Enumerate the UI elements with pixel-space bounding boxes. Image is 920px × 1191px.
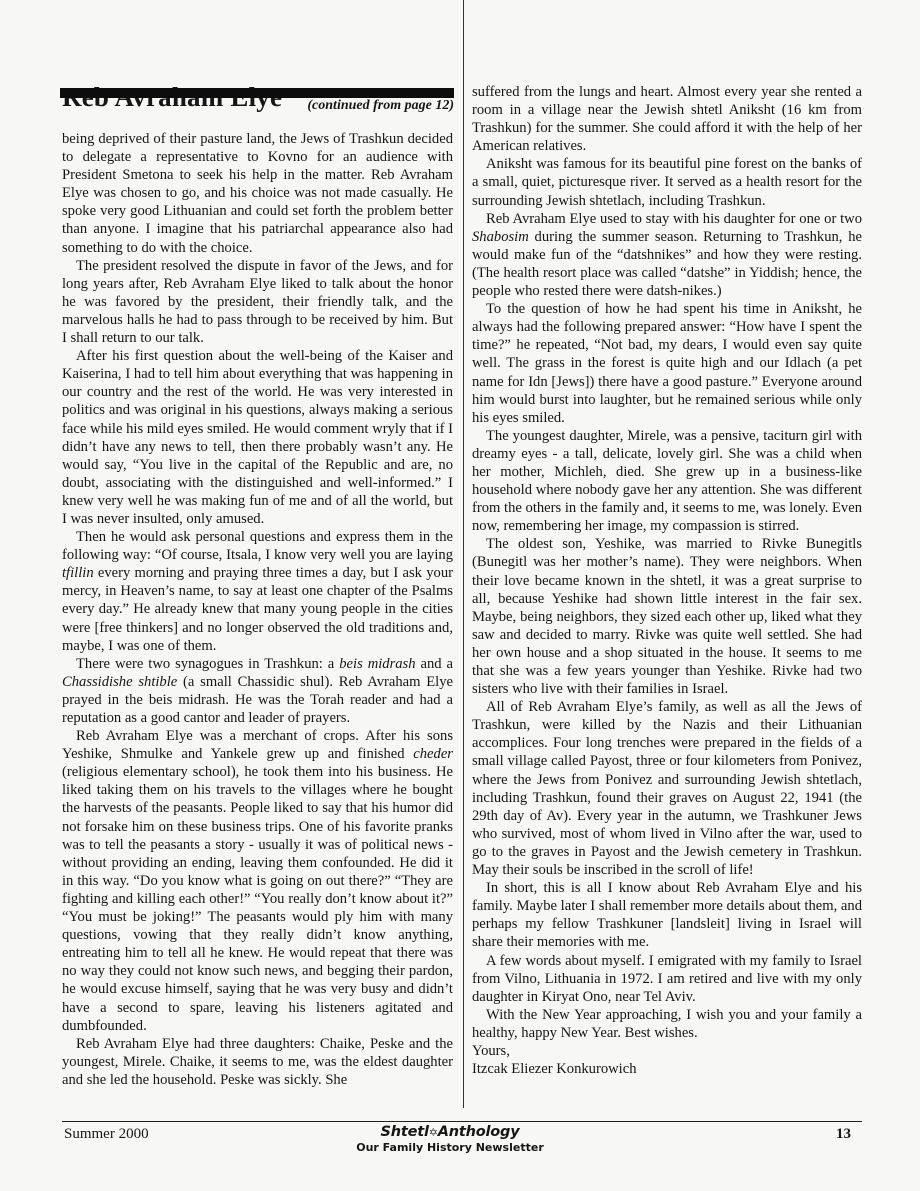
paragraph: After his first question about the well-…: [62, 347, 453, 528]
text-run: during the summer season. Returning to T…: [472, 229, 862, 299]
text-run: Reb Avraham Elye used to stay with his d…: [486, 211, 862, 227]
paragraph: All of Reb Avraham Elye’s family, as wel…: [472, 698, 862, 879]
newsletter-page: Reb Avraham Elye (continued from page 12…: [0, 0, 920, 1191]
continued-note: (continued from page 12): [307, 98, 454, 114]
brand-name: Shtetl✡Anthology: [300, 1124, 600, 1141]
issue-date: Summer 2000: [64, 1126, 149, 1143]
paragraph: With the New Year approaching, I wish yo…: [472, 1006, 862, 1042]
paragraph: A few words about myself. I emigrated wi…: [472, 952, 862, 1006]
text-run: Reb Avraham Elye was a merchant of crops…: [62, 728, 453, 762]
paragraph: Aniksht was famous for its beautiful pin…: [472, 155, 862, 209]
right-column: suffered from the lungs and heart. Almos…: [472, 83, 862, 1078]
page-number: 13: [836, 1126, 851, 1143]
paragraph: The oldest son, Yeshike, was married to …: [472, 535, 862, 698]
paragraph: To the question of how he had spent his …: [472, 300, 862, 427]
paragraph: Then he would ask personal questions and…: [62, 528, 453, 655]
text-run: and a: [416, 656, 453, 672]
star-of-david-icon: ✡: [429, 1126, 438, 1139]
italic-term: tfillin: [62, 565, 94, 581]
paragraph: suffered from the lungs and heart. Almos…: [472, 83, 862, 155]
paragraph: Reb Avraham Elye was a merchant of crops…: [62, 727, 453, 1035]
signature: Itzcak Eliezer Konkurowich: [472, 1060, 862, 1078]
closing: Yours,: [472, 1042, 862, 1060]
text-run: (religious elementary school), he took t…: [62, 764, 453, 1033]
italic-term: cheder: [413, 746, 453, 762]
italic-term: Shabosim: [472, 229, 529, 245]
paragraph: The president resolved the dispute in fa…: [62, 257, 453, 347]
text-run: There were two synagogues in Trashkun: a: [76, 656, 339, 672]
text-run: Then he would ask personal questions and…: [62, 529, 453, 563]
left-column: being deprived of their pasture land, th…: [62, 130, 453, 1089]
text-run: every morning and praying three times a …: [62, 565, 453, 653]
title-rule: [60, 88, 454, 98]
paragraph: being deprived of their pasture land, th…: [62, 130, 453, 257]
paragraph: Reb Avraham Elye used to stay with his d…: [472, 210, 862, 300]
paragraph: The youngest daughter, Mirele, was a pen…: [472, 427, 862, 536]
brand-word: Shtetl: [381, 1124, 429, 1140]
paragraph: In short, this is all I know about Reb A…: [472, 879, 862, 951]
footer-rule: [62, 1121, 862, 1122]
italic-term: Chassidishe shtible: [62, 674, 177, 690]
column-divider: [463, 0, 464, 1108]
paragraph: Reb Avraham Elye had three daughters: Ch…: [62, 1035, 453, 1089]
italic-term: beis midrash: [339, 656, 415, 672]
brand-tagline: Our Family History Newsletter: [300, 1141, 600, 1155]
paragraph: There were two synagogues in Trashkun: a…: [62, 655, 453, 727]
brand-word: Anthology: [438, 1124, 520, 1140]
newsletter-brand: Shtetl✡Anthology Our Family History News…: [300, 1124, 600, 1155]
